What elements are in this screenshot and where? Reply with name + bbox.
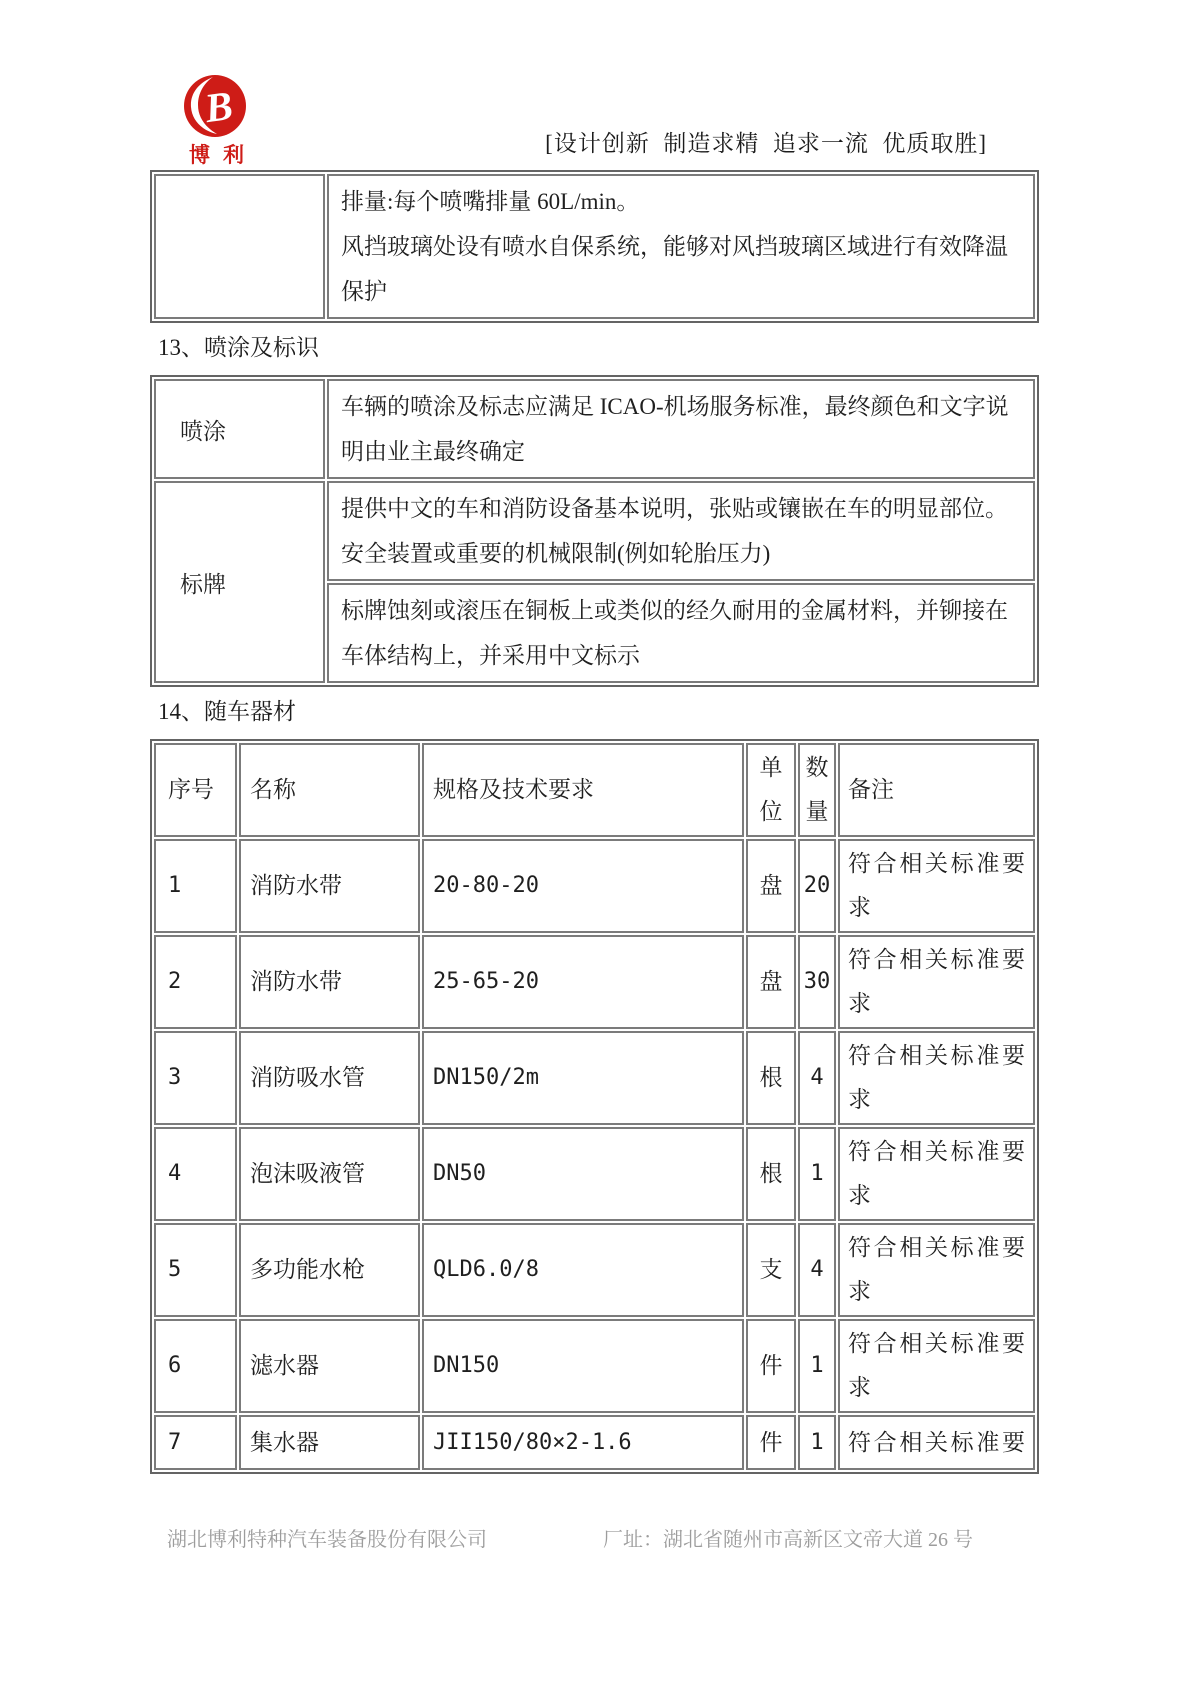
unit-cell: 盘 (746, 935, 796, 1029)
table-row: 4 泡沫吸液管 DN50 根 1 符合相关标准要求 (154, 1127, 1035, 1221)
unit-cell: 件 (746, 1319, 796, 1413)
spec-cell: DN50 (422, 1127, 744, 1221)
footer-address: 厂址：湖北省随州市高新区文帝大道 26 号 (603, 1527, 973, 1553)
brand-logo: B 博利 (180, 74, 250, 167)
plate-text-cell: 标牌蚀刻或滚压在铜板上或类似的经久耐用的金属材料，并铆接在车体结构上，并采用中文… (327, 583, 1035, 683)
seq-cell: 6 (154, 1319, 237, 1413)
footer-company: 湖北博利特种汽车装备股份有限公司 (167, 1527, 487, 1553)
seq-cell: 7 (154, 1415, 237, 1470)
coating-label-cell: 喷涂 (154, 379, 325, 479)
column-header-spec: 规格及技术要求 (422, 743, 744, 837)
plate-paragraph: 提供中文的车和消防设备基本说明，张贴或镶嵌在车的明显部位。安全装置或重要的机械限… (341, 486, 1021, 576)
coating-text-cell: 车辆的喷涂及标志应满足 ICAO-机场服务标准，最终颜色和文字说明由业主最终确定 (327, 379, 1035, 479)
continuation-table: 排量:每个喷嘴排量 60L/min。 风挡玻璃处设有喷水自保系统，能够对风挡玻璃… (150, 170, 1039, 323)
column-header-qty: 数量 (798, 743, 836, 837)
plate-label-cell: 标牌 (154, 481, 325, 683)
spec-cell: 25-65-20 (422, 935, 744, 1029)
logo-wordmark: 博利 (189, 143, 250, 167)
column-header-name: 名称 (239, 743, 420, 837)
qty-cell: 30 (798, 935, 836, 1029)
coating-paragraph: 车辆的喷涂及标志应满足 ICAO-机场服务标准，最终颜色和文字说明由业主最终确定 (341, 384, 1021, 474)
remark-cell: 符合相关标准要求 (838, 1319, 1035, 1413)
remark-cell: 符合相关标准要求 (838, 1223, 1035, 1317)
spec-cell: QLD6.0/8 (422, 1223, 744, 1317)
spec-paragraph: 风挡玻璃处设有喷水自保系统，能够对风挡玻璃区域进行有效降温保护 (341, 224, 1021, 314)
name-cell: 滤水器 (239, 1319, 420, 1413)
section-13-heading: 13、喷涂及标识 (158, 330, 1037, 366)
spec-cell: DN150 (422, 1319, 744, 1413)
qty-cell: 1 (798, 1319, 836, 1413)
remark-cell: 符合相关标准要求 (838, 1127, 1035, 1221)
empty-label-cell (154, 174, 325, 319)
remark-cell: 符合相关标准要 (838, 1415, 1035, 1470)
remark-cell: 符合相关标准要求 (838, 839, 1035, 933)
spec-cell: 20-80-20 (422, 839, 744, 933)
seq-cell: 5 (154, 1223, 237, 1317)
column-header-remark: 备注 (838, 743, 1035, 837)
document-page: B 博利 [设计创新 制造求精 追求一流 优质取胜] 排量:每个喷嘴排量 60L… (0, 0, 1200, 1697)
equipment-table: 序号 名称 规格及技术要求 单位 数量 备注 1 消防水带 20-80-20 盘… (150, 739, 1039, 1474)
boli-logo-icon: B (183, 125, 247, 142)
name-cell: 消防水带 (239, 935, 420, 1029)
name-cell: 泡沫吸液管 (239, 1127, 420, 1221)
page-header: B 博利 [设计创新 制造求精 追求一流 优质取胜] (150, 0, 1037, 172)
unit-cell: 根 (746, 1031, 796, 1125)
qty-cell: 20 (798, 839, 836, 933)
qty-cell: 4 (798, 1031, 836, 1125)
column-header-seq: 序号 (154, 743, 237, 837)
table-row: 排量:每个喷嘴排量 60L/min。 风挡玻璃处设有喷水自保系统，能够对风挡玻璃… (154, 174, 1035, 319)
unit-cell: 支 (746, 1223, 796, 1317)
spec-text-cell: 排量:每个喷嘴排量 60L/min。 风挡玻璃处设有喷水自保系统，能够对风挡玻璃… (327, 174, 1035, 319)
plate-text-cell: 提供中文的车和消防设备基本说明，张贴或镶嵌在车的明显部位。安全装置或重要的机械限… (327, 481, 1035, 581)
name-cell: 消防水带 (239, 839, 420, 933)
seq-cell: 3 (154, 1031, 237, 1125)
qty-cell: 1 (798, 1415, 836, 1470)
table-row: 5 多功能水枪 QLD6.0/8 支 4 符合相关标准要求 (154, 1223, 1035, 1317)
spec-cell: JII150/80×2-1.6 (422, 1415, 744, 1470)
document-body: 排量:每个喷嘴排量 60L/min。 风挡玻璃处设有喷水自保系统，能够对风挡玻璃… (150, 170, 1037, 1474)
unit-cell: 根 (746, 1127, 796, 1221)
name-cell: 消防吸水管 (239, 1031, 420, 1125)
remark-cell: 符合相关标准要求 (838, 935, 1035, 1029)
spec-paragraph: 排量:每个喷嘴排量 60L/min。 (341, 179, 1021, 224)
header-slogan: [设计创新 制造求精 追求一流 优质取胜] (545, 125, 987, 158)
table-row: 7 集水器 JII150/80×2-1.6 件 1 符合相关标准要 (154, 1415, 1035, 1470)
table-row: 1 消防水带 20-80-20 盘 20 符合相关标准要求 (154, 839, 1035, 933)
unit-cell: 件 (746, 1415, 796, 1470)
remark-cell: 符合相关标准要求 (838, 1031, 1035, 1125)
name-cell: 集水器 (239, 1415, 420, 1470)
column-header-unit: 单位 (746, 743, 796, 837)
spec-cell: DN150/2m (422, 1031, 744, 1125)
table-row: 标牌 提供中文的车和消防设备基本说明，张贴或镶嵌在车的明显部位。安全装置或重要的… (154, 481, 1035, 581)
equipment-header-row: 序号 名称 规格及技术要求 单位 数量 备注 (154, 743, 1035, 837)
seq-cell: 1 (154, 839, 237, 933)
qty-cell: 1 (798, 1127, 836, 1221)
seq-cell: 4 (154, 1127, 237, 1221)
section-14-heading: 14、随车器材 (158, 694, 1037, 730)
plate-paragraph: 标牌蚀刻或滚压在铜板上或类似的经久耐用的金属材料，并铆接在车体结构上，并采用中文… (341, 588, 1021, 678)
table-row: 喷涂 车辆的喷涂及标志应满足 ICAO-机场服务标准，最终颜色和文字说明由业主最… (154, 379, 1035, 479)
page-footer: 湖北博利特种汽车装备股份有限公司 厂址：湖北省随州市高新区文帝大道 26 号 (150, 1527, 1037, 1553)
seq-cell: 2 (154, 935, 237, 1029)
qty-cell: 4 (798, 1223, 836, 1317)
coating-marking-table: 喷涂 车辆的喷涂及标志应满足 ICAO-机场服务标准，最终颜色和文字说明由业主最… (150, 375, 1039, 687)
table-row: 3 消防吸水管 DN150/2m 根 4 符合相关标准要求 (154, 1031, 1035, 1125)
table-row: 6 滤水器 DN150 件 1 符合相关标准要求 (154, 1319, 1035, 1413)
name-cell: 多功能水枪 (239, 1223, 420, 1317)
unit-cell: 盘 (746, 839, 796, 933)
table-row: 2 消防水带 25-65-20 盘 30 符合相关标准要求 (154, 935, 1035, 1029)
